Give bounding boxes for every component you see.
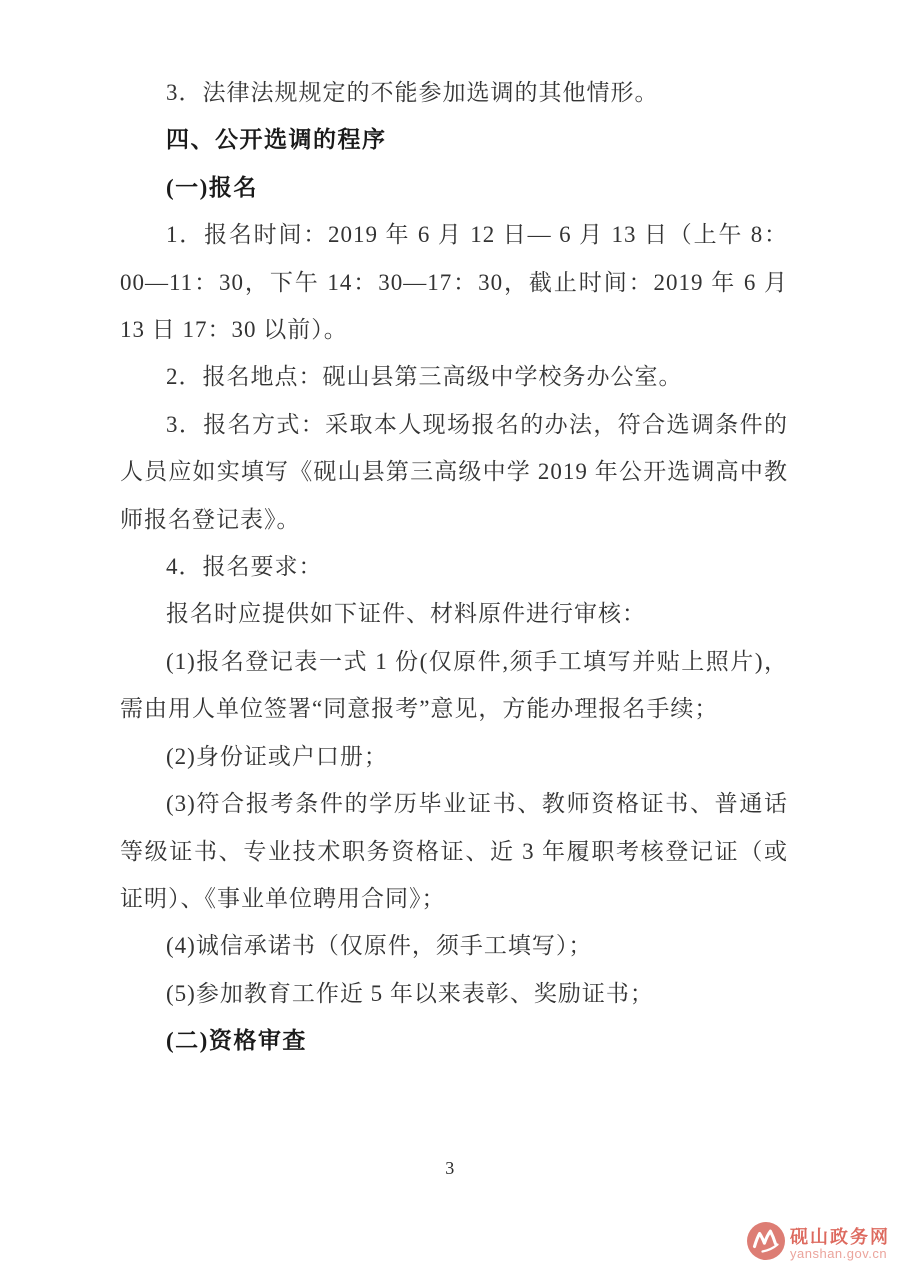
section-heading: (二)资格审查 — [120, 1017, 788, 1064]
paragraph: 2．报名地点：砚山县第三高级中学校务办公室。 — [120, 353, 788, 400]
section-heading: (一)报名 — [120, 164, 788, 211]
paragraph: (4)诚信承诺书（仅原件，须手工填写）； — [120, 922, 788, 969]
paragraph: (5)参加教育工作近 5 年以来表彰、奖励证书； — [120, 970, 788, 1017]
paragraph: (1)报名登记表一式 1 份(仅原件,须手工填写并贴上照片)，需由用人单位签署“… — [120, 638, 788, 733]
site-name: 砚山政务网 — [790, 1228, 890, 1247]
site-url: yanshan.gov.cn — [790, 1247, 890, 1260]
paragraph: 1．报名时间：2019 年 6 月 12 日— 6 月 13 日（上午 8：00… — [120, 211, 788, 353]
paragraph: 3．报名方式：采取本人现场报名的办法，符合选调条件的人员应如实填写《砚山县第三高… — [120, 401, 788, 543]
paragraph: (2)身份证或户口册； — [120, 733, 788, 780]
paragraph: 3．法律法规规定的不能参加选调的其他情形。 — [120, 69, 788, 116]
document-body: 3．法律法规规定的不能参加选调的其他情形。四、公开选调的程序(一)报名1．报名时… — [120, 69, 788, 1065]
document-page: 3．法律法规规定的不能参加选调的其他情形。四、公开选调的程序(一)报名1．报名时… — [0, 0, 900, 1273]
site-watermark-text: 砚山政务网 yanshan.gov.cn — [790, 1228, 890, 1260]
paragraph: 报名时应提供如下证件、材料原件进行审核： — [120, 590, 788, 637]
page-number: 3 — [0, 1158, 900, 1179]
section-heading: 四、公开选调的程序 — [120, 116, 788, 163]
yanshan-logo-icon — [747, 1222, 785, 1265]
site-watermark: 砚山政务网 yanshan.gov.cn — [747, 1222, 890, 1265]
paragraph: 4．报名要求： — [120, 543, 788, 590]
paragraph: (3)符合报考条件的学历毕业证书、教师资格证书、普通话等级证书、专业技术职务资格… — [120, 780, 788, 922]
